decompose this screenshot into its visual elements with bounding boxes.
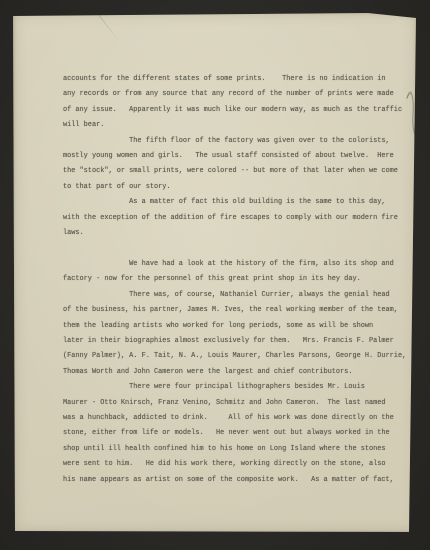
paper-crease <box>91 5 120 42</box>
typewritten-text: accounts for the different states of som… <box>63 72 415 488</box>
pencil-mark <box>385 74 421 144</box>
scan-background: accounts for the different states of som… <box>0 0 430 550</box>
manuscript-page: accounts for the different states of som… <box>13 12 417 533</box>
